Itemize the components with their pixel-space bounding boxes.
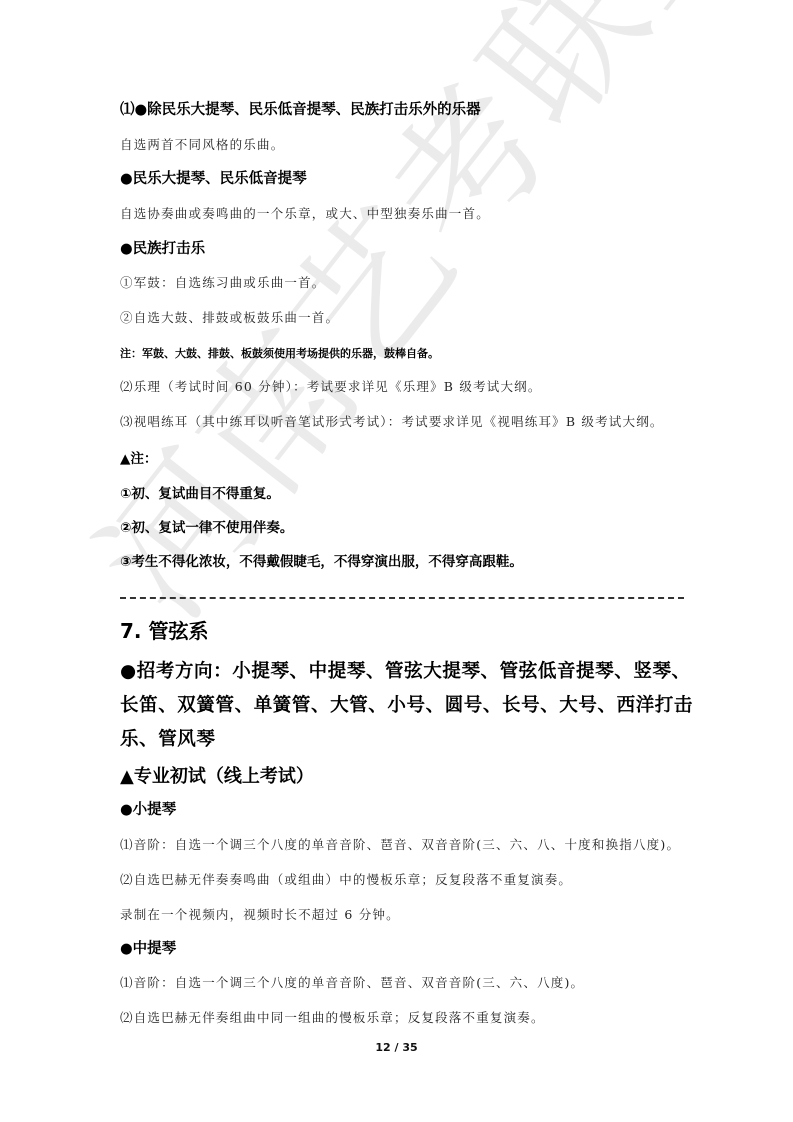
heading-percussion: ●民族打击乐	[120, 237, 205, 258]
heading-viola: ●中提琴	[120, 937, 176, 958]
list-item: ⑵自选巴赫无伴奏组曲中同一组曲的慢板乐章；反复段落不重复演奏。	[120, 1008, 545, 1026]
notes-heading: ▲注：	[120, 447, 157, 467]
note-item: ③考生不得化浓妆，不得戴假睫毛，不得穿演出服，不得穿高跟鞋。	[120, 550, 523, 570]
paragraph-music-theory: ⑵乐理（考试时间 60 分钟）：考试要求详见《乐理》B 级考试大纲。	[120, 377, 542, 395]
paragraph-sight-singing: ⑶视唱练耳（其中练耳以听音笔试形式考试）：考试要求详见《视唱练耳》B 级考试大纲…	[120, 412, 664, 430]
heading-other-instruments: ⑴●除民乐大提琴、民乐低音提琴、民族打击乐外的乐器	[120, 98, 481, 119]
paragraph: 自选两首不同风格的乐曲。	[120, 135, 284, 153]
note: 注：军鼓、大鼓、排鼓、板鼓须使用考场提供的乐器，鼓棒自备。	[120, 345, 439, 361]
paragraph: 自选协奏曲或奏鸣曲的一个乐章，或大、中型独奏乐曲一首。	[120, 204, 490, 222]
directions-line: 长笛、双簧管、单簧管、大管、小号、圆号、长号、大号、西洋打击	[120, 691, 693, 717]
page-number: 12 / 35	[0, 1041, 793, 1054]
list-item: ②自选大鼓、排鼓或板鼓乐曲一首。	[120, 308, 339, 326]
heading-violin: ●小提琴	[120, 798, 176, 819]
section-title: 7. 管弦系	[120, 615, 208, 644]
note-item: ①初、复试曲目不得重复。	[120, 482, 280, 502]
exam-heading: ▲专业初试（线上考试）	[120, 762, 314, 788]
section-divider	[120, 597, 684, 599]
heading-cello-bass: ●民乐大提琴、民乐低音提琴	[120, 167, 307, 188]
paragraph: 录制在一个视频内，视频时长不超过 6 分钟。	[120, 905, 400, 923]
document-page: 河南艺考联盟 ⑴●除民乐大提琴、民乐低音提琴、民族打击乐外的乐器 自选两首不同风…	[0, 0, 793, 1122]
list-item: ⑴音阶：自选一个调三个八度的单音音阶、琶音、双音音阶(三、六、八、十度和换指八度…	[120, 835, 680, 853]
directions-line: 乐、管风琴	[120, 725, 216, 751]
list-item: ⑵自选巴赫无伴奏奏鸣曲（或组曲）中的慢板乐章；反复段落不重复演奏。	[120, 870, 572, 888]
list-item: ①军鼓：自选练习曲或乐曲一首。	[120, 273, 326, 291]
directions-line: ●招考方向：小提琴、中提琴、管弦大提琴、管弦低音提琴、竖琴、	[120, 657, 691, 683]
list-item: ⑴音阶：自选一个调三个八度的单音音阶、琶音、双音音阶(三、六、八度)。	[120, 973, 584, 991]
note-item: ②初、复试一律不使用伴奏。	[120, 516, 293, 536]
